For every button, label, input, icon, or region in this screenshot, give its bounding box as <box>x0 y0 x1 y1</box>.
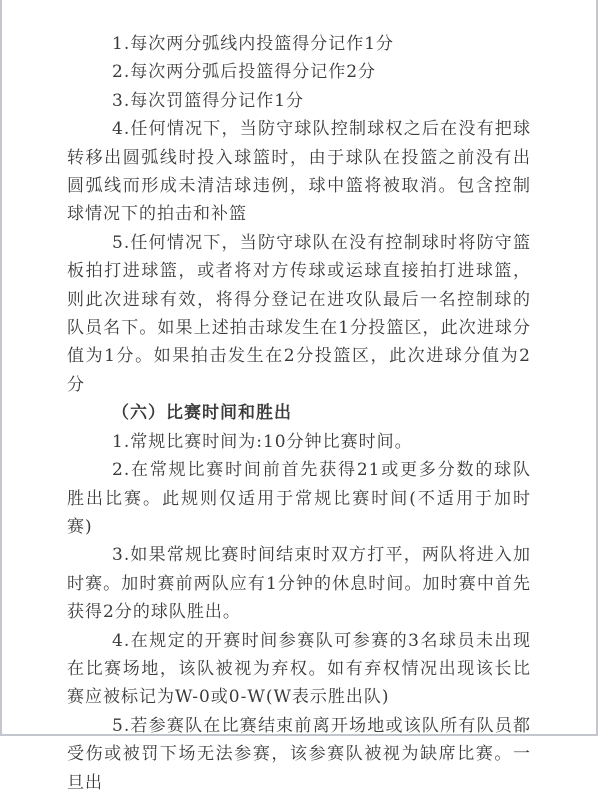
paragraph: 1.常规比赛时间为:10分钟比赛时间。 <box>67 428 531 456</box>
paragraph: 4.在规定的开赛时间参赛队可参赛的3名球员未出现在比赛场地，该队被视为弃权。如有… <box>67 627 531 712</box>
paragraph: 5.若参赛队在比赛结束前离开场地或该队所有队员都受伤或被罚下场无法参赛，该参赛队… <box>67 712 531 739</box>
paragraph: 4.任何情况下，当防守球队控制球权之后在没有把球转移出圆弧线时投入球篮时，由于球… <box>67 115 531 229</box>
document-content: 1.每次两分弧线内投篮得分记作1分 2.每次两分弧后投篮得分记作2分 3.每次罚… <box>67 30 531 739</box>
paragraph: 2.每次两分弧后投篮得分记作2分 <box>67 58 531 86</box>
paragraph: 3.如果常规比赛时间结束时双方打平，两队将进入加时赛。加时赛前两队应有1分钟的休… <box>67 541 531 626</box>
paragraph: 2.在常规比赛时间前首先获得21或更多分数的球队胜出比赛。此规则仅适用于常规比赛… <box>67 456 531 541</box>
paragraph: 1.每次两分弧线内投篮得分记作1分 <box>67 30 531 58</box>
document-page: 1.每次两分弧线内投篮得分记作1分 2.每次两分弧后投篮得分记作2分 3.每次罚… <box>0 0 598 736</box>
paragraph: 5.任何情况下，当防守球队在没有控制球时将防守篮板拍打进球篮，或者将对方传球或运… <box>67 229 531 399</box>
paragraph: 3.每次罚篮得分记作1分 <box>67 87 531 115</box>
section-heading: （六）比赛时间和胜出 <box>67 399 531 427</box>
